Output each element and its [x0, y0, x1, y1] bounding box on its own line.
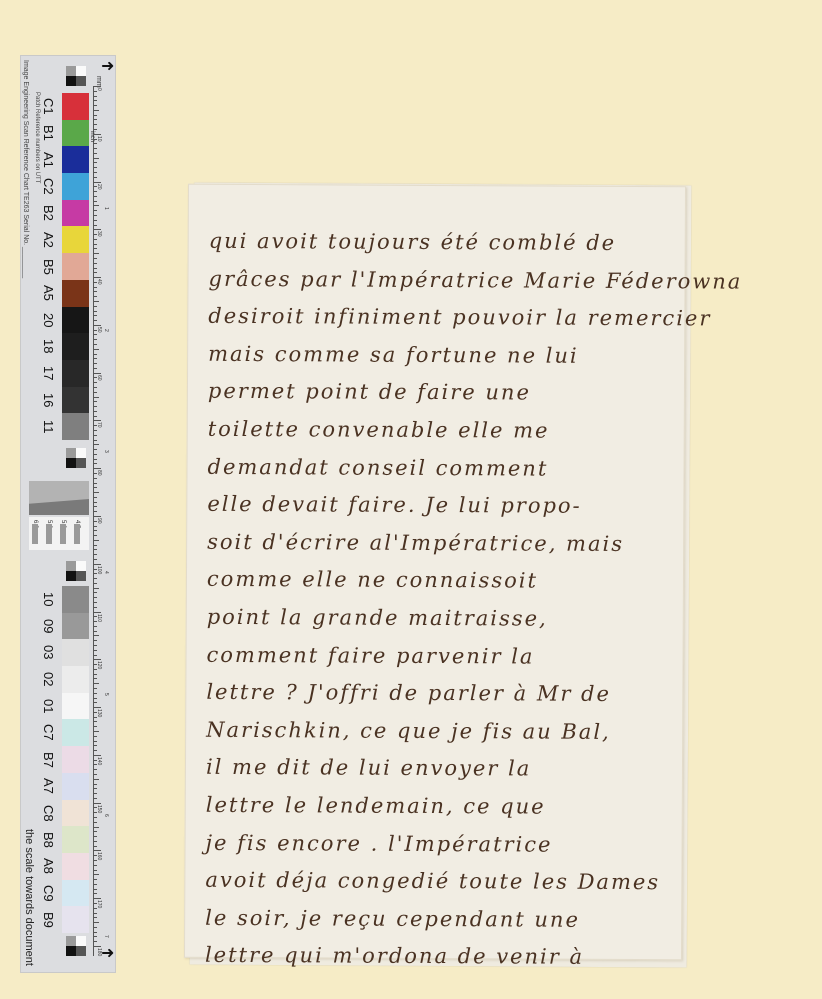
unit-inch-label: inch: [89, 131, 95, 142]
color-patch: [62, 200, 89, 227]
patch-label: B8: [41, 826, 56, 853]
mm-tick-label: 160: [96, 852, 102, 860]
color-patch: [62, 360, 89, 387]
color-patch: [62, 853, 89, 880]
color-patch: [62, 333, 89, 360]
patch-label: A5: [41, 280, 56, 307]
color-patch: [62, 773, 89, 800]
manuscript-line: demandat conseil comment: [207, 448, 677, 488]
patch-label: B1: [41, 120, 56, 147]
mm-tick-label: 170: [96, 900, 102, 908]
mm-tick-label: 70: [96, 422, 102, 428]
patch-label: C7: [41, 719, 56, 746]
manuscript-line: lettre qui m'ordona de venir à: [205, 937, 675, 977]
patch-label: C2: [41, 173, 56, 200]
mm-tick-label: 80: [96, 470, 102, 476]
arrow-right-icon: ➜: [101, 59, 114, 75]
color-patch: [62, 639, 89, 666]
manuscript-line: je fis encore . l'Impératrice: [205, 824, 675, 864]
resolution-label: 5.6: [46, 520, 58, 547]
patch-label: 02: [41, 666, 56, 693]
resolution-label: 4.5: [74, 520, 86, 547]
color-patch: [62, 93, 89, 120]
color-patch: [62, 800, 89, 827]
patch-label: B7: [41, 746, 56, 773]
color-patch: [62, 719, 89, 746]
chart-maker-text: Image Engineering Scan Reference Chart T…: [22, 60, 29, 278]
gray-wedge: 6.35.65.04.5: [29, 481, 89, 561]
mm-tick-label: 110: [96, 614, 102, 622]
patch-label: B9: [41, 906, 56, 933]
color-patch: [62, 413, 89, 440]
patch-label: 20: [41, 307, 56, 334]
gray-patches: [62, 586, 89, 933]
patch-label: C1: [41, 93, 56, 120]
mm-tick-label: 50: [96, 327, 102, 333]
color-patches: [62, 93, 89, 440]
manuscript-line: desiroit infiniment pouvoir la remercier: [208, 298, 678, 338]
mm-scale: mm inch 01020304050607080901001101201301…: [93, 86, 113, 956]
mm-tick-label: 20: [96, 184, 102, 190]
manuscript-line: le soir, je reçu cependant une: [205, 899, 675, 939]
mm-tick-label: 0: [96, 88, 102, 91]
mm-tick-label: 150: [96, 805, 102, 813]
manuscript-line: il me dit de lui envoyer la: [206, 749, 676, 789]
color-patch: [62, 387, 89, 414]
manuscript-line: lettre le lendemain, ce que: [206, 787, 676, 827]
mm-tick-label: 90: [96, 518, 102, 524]
patch-label: 17: [41, 360, 56, 387]
inch-tick-label: 6: [103, 814, 109, 817]
color-patch: [62, 613, 89, 640]
color-patch: [62, 253, 89, 280]
mm-tick-label: 40: [96, 279, 102, 285]
color-patch: [62, 173, 89, 200]
manuscript-line: toilette convenable elle me: [208, 411, 678, 451]
checker-icon: [66, 448, 86, 468]
color-patch: [62, 746, 89, 773]
mm-tick-label: 120: [96, 661, 102, 669]
mm-tick-label: 60: [96, 375, 102, 381]
inch-tick-label: 2: [103, 329, 109, 332]
manuscript-line: permet point de faire une: [208, 373, 678, 413]
mm-tick-label: 180: [96, 948, 102, 956]
color-patch: [62, 120, 89, 147]
patch-reference-text: Patch Reference numbers on UTT: [34, 92, 40, 183]
inch-tick-label: 3: [103, 450, 109, 453]
inch-tick-label: 5: [103, 693, 109, 696]
mm-tick-label: 100: [96, 566, 102, 574]
patch-label: 10: [41, 586, 56, 613]
patch-label: 11: [41, 413, 56, 440]
inch-tick-label: 1: [103, 207, 109, 210]
mm-tick-label: 30: [96, 231, 102, 237]
color-patch: [62, 280, 89, 307]
color-patch: [62, 906, 89, 933]
patch-label: A7: [41, 773, 56, 800]
patch-label: C8: [41, 800, 56, 827]
color-patch: [62, 693, 89, 720]
manuscript-line: mais comme sa fortune ne lui: [208, 336, 678, 376]
patch-label: 03: [41, 639, 56, 666]
checker-icon: [66, 66, 86, 86]
patch-label: A8: [41, 853, 56, 880]
manuscript-line: comme elle ne connaissoit: [207, 561, 677, 601]
manuscript-line: avoit déja congedié toute les Dames: [205, 862, 675, 902]
patch-label: A2: [41, 226, 56, 253]
patch-label: 09: [41, 613, 56, 640]
manuscript-line: qui avoit toujours été comblé de: [209, 223, 679, 263]
manuscript-line: Narischkin, ce que je fis au Bal,: [206, 712, 676, 752]
manuscript-page: qui avoit toujours été comblé degrâces p…: [184, 184, 686, 961]
inch-tick-label: 4: [103, 571, 109, 574]
manuscript-line: elle devait faire. Je lui propo-: [207, 486, 677, 526]
color-patch: [62, 666, 89, 693]
handwritten-text: qui avoit toujours été comblé degrâces p…: [205, 223, 679, 977]
scale-towards-text: the scale towards document: [23, 829, 35, 966]
color-patch: [62, 826, 89, 853]
color-patch: [62, 307, 89, 334]
patch-label: 16: [41, 387, 56, 414]
mm-tick-label: 130: [96, 709, 102, 717]
color-patch: [62, 586, 89, 613]
patch-label: A1: [41, 146, 56, 173]
checker-icon: [66, 561, 86, 581]
manuscript-line: point la grande maitraisse,: [207, 599, 677, 639]
checker-icon: [66, 936, 86, 956]
patch-labels-bottom: 1009030201C7B7A7C8B8A8C9B9: [41, 586, 61, 933]
resolution-label: 6.3: [32, 520, 44, 547]
color-patch: [62, 880, 89, 907]
patch-label: C9: [41, 880, 56, 907]
patch-label: B5: [41, 253, 56, 280]
inch-tick-label: 7: [103, 935, 109, 938]
manuscript-line: soit d'écrire al'Impératrice, mais: [207, 524, 677, 564]
manuscript-line: grâces par l'Impératrice Marie Féderowna: [208, 260, 678, 300]
manuscript-line: lettre ? J'offri de parler à Mr de: [206, 674, 676, 714]
patch-label: B2: [41, 200, 56, 227]
patch-label: 18: [41, 333, 56, 360]
resolution-label: 5.0: [60, 520, 72, 547]
scan-reference-chart: Image Engineering Scan Reference Chart T…: [20, 55, 116, 973]
patch-labels-top: C1B1A1C2B2A2B5A52018171611: [41, 93, 61, 440]
color-patch: [62, 226, 89, 253]
mm-tick-label: 10: [96, 136, 102, 142]
color-patch: [62, 146, 89, 173]
mm-tick-label: 140: [96, 757, 102, 765]
patch-label: 01: [41, 693, 56, 720]
manuscript-line: comment faire parvenir la: [206, 636, 676, 676]
